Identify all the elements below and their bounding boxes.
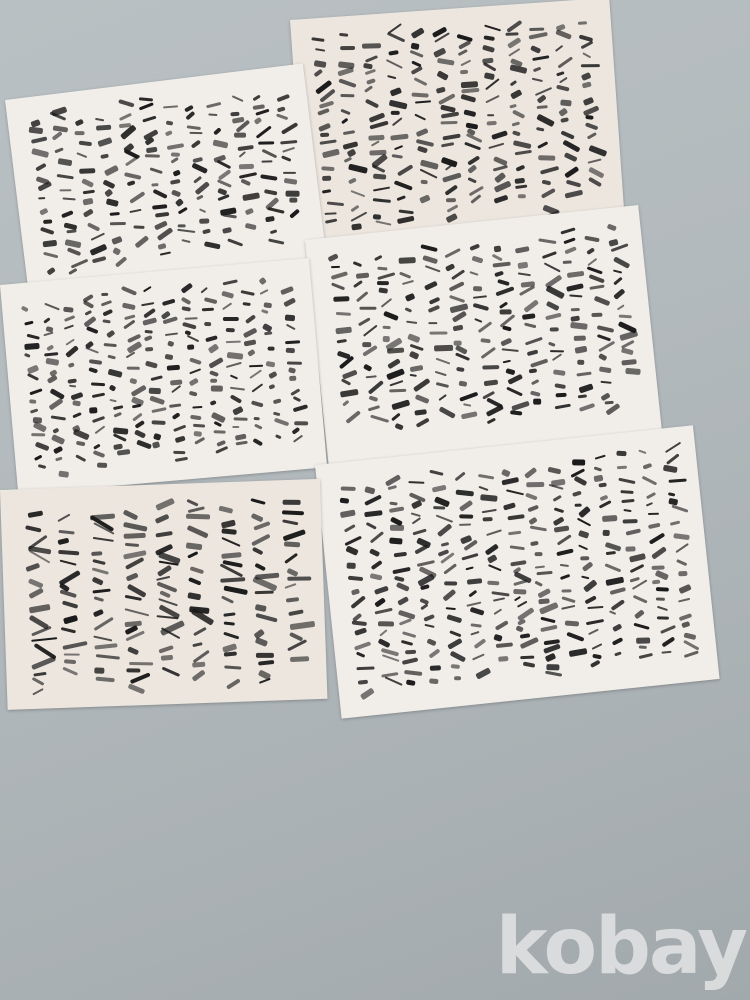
ink-stroke	[49, 388, 64, 400]
ink-stroke	[447, 614, 463, 623]
ink-stroke	[83, 300, 94, 309]
ink-stroke	[579, 384, 594, 394]
ink-stroke	[150, 375, 162, 381]
ink-stroke	[365, 522, 377, 530]
ink-stroke	[493, 597, 505, 602]
ink-stroke	[32, 148, 50, 158]
ink-stroke	[43, 219, 53, 224]
ink-stroke	[639, 653, 653, 659]
ink-stroke	[656, 587, 669, 591]
ink-stroke	[614, 651, 622, 656]
ink-stroke	[389, 389, 406, 393]
ink-stroke	[583, 96, 594, 105]
ink-stroke	[475, 667, 491, 679]
ink-stroke	[365, 376, 376, 379]
ink-stroke	[443, 563, 457, 574]
ink-stroke	[482, 365, 499, 369]
ink-stroke	[124, 608, 149, 616]
ink-stroke	[386, 59, 403, 69]
ink-stroke	[576, 518, 591, 527]
ink-stroke	[110, 212, 121, 216]
ink-stroke	[287, 639, 307, 651]
ink-stroke	[554, 508, 564, 513]
ink-stroke	[261, 161, 272, 164]
ink-stroke	[683, 632, 696, 640]
ink-stroke	[583, 579, 598, 592]
ink-stroke	[139, 97, 153, 101]
ink-stroke	[492, 254, 503, 261]
ink-stroke	[527, 350, 538, 356]
ink-stroke	[563, 260, 572, 263]
ink-stroke	[126, 669, 140, 673]
ink-stroke	[547, 664, 560, 670]
ink-stroke	[313, 69, 322, 77]
ink-stroke	[142, 318, 157, 327]
ink-stroke	[388, 100, 407, 110]
ink-stroke	[208, 358, 223, 370]
ink-stroke	[529, 368, 537, 373]
ink-stroke	[290, 656, 309, 662]
ink-stroke	[93, 609, 104, 617]
ink-stroke	[679, 613, 693, 621]
ink-stroke	[515, 185, 527, 190]
ink-stroke	[67, 247, 82, 256]
ink-stroke	[613, 288, 626, 300]
ink-stroke	[197, 195, 204, 201]
ink-stroke	[373, 214, 382, 220]
ink-stroke	[404, 307, 412, 313]
ink-stroke	[321, 166, 334, 170]
ink-stroke	[86, 326, 99, 334]
ink-stroke	[586, 247, 595, 255]
ink-stroke	[241, 179, 251, 186]
ink-stroke	[507, 515, 525, 522]
ink-stroke	[501, 477, 519, 485]
ink-stroke	[509, 48, 521, 56]
ink-stroke	[224, 621, 236, 625]
ink-stroke	[47, 375, 58, 385]
ink-stroke	[590, 659, 601, 668]
ink-stroke	[486, 418, 495, 425]
ink-stroke	[646, 492, 657, 500]
ink-stroke	[414, 394, 429, 404]
ink-stroke	[192, 662, 205, 668]
ink-stroke	[224, 651, 237, 656]
ink-stroke	[438, 93, 456, 105]
ink-stroke	[578, 394, 587, 398]
ink-stroke	[507, 374, 523, 385]
ink-stroke	[452, 324, 463, 331]
ink-stroke	[398, 610, 416, 620]
ink-stroke	[467, 601, 482, 607]
ink-stroke	[417, 145, 429, 153]
ink-stroke	[238, 151, 245, 158]
ink-stroke	[104, 165, 119, 177]
ink-stroke	[34, 455, 42, 461]
ink-stroke	[93, 589, 111, 594]
ink-stroke	[243, 192, 260, 200]
ink-stroke	[488, 564, 502, 572]
ink-stroke	[30, 409, 39, 415]
ink-stroke	[130, 673, 151, 685]
ink-stroke	[213, 127, 222, 135]
ink-stroke	[464, 110, 476, 117]
ink-stroke	[165, 130, 173, 136]
ink-stroke	[318, 122, 331, 131]
ink-stroke	[57, 537, 69, 544]
ink-stroke	[480, 495, 497, 502]
ink-stroke	[125, 543, 140, 547]
ink-stroke	[467, 164, 477, 174]
ink-stroke	[612, 256, 629, 269]
ink-stroke	[470, 194, 481, 204]
ink-stroke	[64, 653, 80, 656]
ink-stroke	[404, 670, 422, 676]
ink-stroke	[243, 327, 258, 338]
ink-stroke	[538, 238, 556, 243]
ink-stroke	[344, 536, 361, 546]
ink-stroke	[488, 581, 500, 586]
ink-stroke	[586, 618, 604, 624]
ink-stroke	[244, 340, 257, 347]
ink-stroke	[642, 475, 658, 485]
ink-stroke	[122, 303, 136, 310]
ink-stroke	[55, 457, 62, 462]
ink-stroke	[211, 385, 223, 391]
ink-stroke	[524, 322, 537, 328]
ink-stroke	[230, 386, 246, 390]
ink-stroke	[581, 561, 593, 572]
ink-stroke	[437, 524, 452, 538]
ink-stroke	[68, 379, 78, 384]
ink-stroke	[93, 444, 101, 450]
ink-stroke	[250, 498, 265, 505]
ink-stroke	[102, 309, 113, 317]
ink-stroke	[510, 89, 522, 99]
ink-stroke	[113, 433, 127, 442]
ink-stroke	[518, 195, 526, 199]
ink-stroke	[293, 434, 303, 442]
ink-stroke	[486, 405, 505, 418]
ink-stroke	[424, 614, 436, 622]
ink-stroke	[280, 286, 294, 296]
ink-stroke	[232, 95, 244, 102]
ink-stroke	[382, 326, 390, 330]
ink-stroke	[252, 547, 263, 555]
ink-stroke	[73, 429, 90, 441]
ink-stroke	[93, 450, 105, 458]
postcard-middle-left	[0, 258, 327, 494]
ink-stroke	[533, 399, 541, 405]
ink-stroke	[232, 406, 243, 415]
ink-stroke	[161, 654, 174, 660]
ink-stroke	[510, 64, 528, 74]
ink-stroke	[221, 519, 236, 528]
ink-stroke	[58, 514, 71, 523]
ink-stroke	[538, 155, 555, 160]
ink-stroke	[555, 44, 564, 51]
ink-stroke	[281, 155, 292, 162]
ink-stroke	[666, 453, 680, 465]
ink-stroke	[389, 501, 397, 505]
ink-stroke	[61, 210, 74, 218]
ink-stroke	[584, 236, 600, 243]
ink-stroke	[441, 121, 458, 125]
ink-stroke	[43, 240, 58, 247]
ink-stroke	[484, 72, 495, 80]
ink-stroke	[350, 205, 359, 213]
ink-stroke	[26, 525, 42, 532]
ink-stroke	[372, 165, 386, 174]
ink-stroke	[261, 149, 277, 158]
ink-stroke	[356, 272, 370, 278]
ink-stroke	[394, 180, 413, 190]
ink-stroke	[550, 328, 559, 332]
ink-stroke	[344, 156, 352, 162]
ink-stroke	[268, 370, 277, 378]
ink-stroke	[473, 303, 489, 311]
ink-stroke	[129, 192, 145, 205]
ink-stroke	[356, 291, 368, 302]
ink-stroke	[481, 347, 496, 359]
ink-stroke	[341, 486, 356, 491]
ink-stroke	[222, 537, 241, 547]
ink-stroke	[172, 169, 180, 176]
ink-stroke	[480, 338, 490, 344]
ink-stroke	[370, 140, 379, 147]
ink-stroke	[249, 369, 262, 379]
ink-stroke	[83, 208, 94, 218]
ink-stroke	[226, 328, 235, 332]
ink-stroke	[118, 99, 134, 108]
ink-stroke	[333, 297, 349, 303]
ink-stroke	[330, 272, 347, 281]
ink-stroke	[532, 55, 549, 61]
ink-stroke	[223, 213, 237, 218]
ink-stroke	[341, 379, 351, 386]
ink-stroke	[338, 78, 356, 87]
ink-stroke	[317, 108, 329, 116]
ink-stroke	[276, 94, 289, 103]
ink-stroke	[506, 489, 524, 495]
ink-stroke	[164, 332, 177, 336]
ink-stroke	[566, 631, 584, 641]
ink-stroke	[435, 87, 445, 94]
ink-stroke	[353, 281, 362, 289]
ink-stroke	[450, 303, 469, 313]
ink-stroke	[625, 547, 635, 552]
ink-stroke	[165, 354, 174, 361]
ink-stroke	[484, 35, 495, 40]
ink-stroke	[519, 634, 529, 640]
ink-stroke	[586, 114, 594, 118]
ink-stroke	[406, 320, 417, 324]
ink-stroke	[102, 293, 109, 296]
ink-stroke	[96, 125, 111, 131]
ink-stroke	[373, 186, 390, 191]
ink-stroke	[289, 198, 297, 203]
ink-stroke	[638, 449, 646, 454]
kobay-watermark: kobay	[496, 902, 746, 992]
ink-stroke	[559, 77, 568, 84]
ink-stroke	[512, 130, 521, 136]
ink-stroke	[426, 638, 436, 646]
ink-stroke	[192, 406, 202, 409]
ink-stroke	[336, 312, 351, 316]
ink-stroke	[113, 405, 123, 410]
ink-stroke	[587, 266, 603, 274]
ink-stroke	[656, 617, 668, 621]
ink-stroke	[591, 644, 602, 651]
ink-stroke	[193, 176, 202, 184]
ink-stroke	[245, 314, 256, 323]
ink-stroke	[145, 347, 153, 351]
ink-stroke	[322, 190, 331, 194]
ink-stroke	[143, 286, 152, 293]
ink-stroke	[492, 591, 510, 597]
ink-stroke	[92, 577, 104, 586]
ink-stroke	[617, 466, 627, 470]
ink-stroke	[286, 597, 299, 603]
ink-stroke	[599, 500, 612, 509]
ink-stroke	[415, 418, 429, 429]
ink-stroke	[581, 64, 600, 67]
ink-stroke	[445, 264, 456, 273]
ink-stroke	[187, 499, 199, 507]
ink-stroke	[142, 115, 157, 122]
ink-stroke	[619, 315, 632, 319]
ink-stroke	[478, 321, 493, 333]
ink-stroke	[599, 367, 612, 374]
ink-stroke	[32, 434, 46, 438]
ink-stroke	[190, 566, 204, 574]
ink-stroke	[92, 416, 106, 424]
ink-stroke	[465, 566, 473, 570]
ink-stroke	[37, 464, 46, 469]
ink-stroke	[461, 59, 472, 66]
ink-stroke	[326, 202, 343, 207]
ink-stroke	[364, 486, 375, 494]
ink-stroke	[70, 392, 83, 401]
ink-stroke	[585, 122, 598, 130]
ink-stroke	[113, 411, 122, 417]
ink-stroke	[152, 204, 168, 210]
ink-stroke	[171, 412, 180, 419]
ink-stroke	[65, 345, 79, 358]
ink-stroke	[467, 578, 483, 584]
ink-stroke	[678, 584, 691, 594]
ink-stroke	[160, 252, 171, 256]
ink-stroke	[409, 351, 420, 360]
ink-stroke	[428, 305, 441, 313]
ink-stroke	[407, 333, 420, 343]
ink-stroke	[446, 199, 456, 203]
ink-stroke	[92, 256, 106, 264]
ink-stroke	[150, 167, 163, 174]
ink-stroke	[340, 46, 355, 51]
ink-stroke	[399, 271, 411, 278]
ink-stroke	[452, 311, 467, 323]
ink-stroke	[668, 479, 686, 483]
ink-stroke	[171, 152, 180, 156]
ink-stroke	[348, 178, 357, 185]
ink-stroke	[459, 500, 473, 512]
ink-stroke	[529, 32, 548, 40]
ink-stroke	[469, 244, 479, 251]
ink-stroke	[668, 492, 676, 497]
ink-stroke	[611, 600, 625, 612]
ink-stroke	[439, 407, 456, 419]
ink-stroke	[163, 105, 178, 108]
ink-stroke	[515, 150, 532, 156]
ink-stroke	[112, 236, 123, 245]
ink-stroke	[252, 383, 264, 392]
ink-stroke	[542, 180, 551, 185]
ink-stroke	[315, 48, 326, 52]
ink-stroke	[368, 395, 378, 401]
ink-stroke	[331, 283, 345, 291]
ink-stroke	[563, 238, 575, 245]
ink-stroke	[254, 116, 263, 124]
ink-stroke	[347, 562, 357, 568]
ink-stroke	[192, 642, 202, 647]
ink-stroke	[643, 463, 653, 470]
ink-stroke	[122, 510, 138, 521]
ink-stroke	[325, 219, 337, 224]
ink-stroke	[106, 198, 120, 207]
ink-stroke	[78, 141, 92, 146]
ink-stroke	[662, 636, 676, 647]
ink-stroke	[314, 60, 326, 68]
ink-stroke	[184, 317, 197, 320]
ink-stroke	[343, 130, 355, 135]
ink-stroke	[530, 540, 539, 545]
ink-stroke	[411, 65, 424, 75]
ink-stroke	[129, 662, 153, 665]
ink-stroke	[320, 140, 337, 145]
ink-stroke	[158, 243, 167, 250]
ink-stroke	[530, 391, 541, 397]
ink-stroke	[469, 590, 478, 598]
ink-stroke	[177, 229, 195, 233]
ink-stroke	[391, 399, 410, 410]
ink-stroke	[224, 612, 237, 617]
ink-stroke	[116, 449, 129, 455]
ink-stroke	[101, 300, 112, 307]
ink-stroke	[95, 118, 104, 122]
ink-stroke	[510, 103, 518, 108]
ink-stroke	[578, 506, 591, 518]
ink-stroke	[254, 591, 273, 594]
ink-stroke	[92, 393, 105, 399]
ink-stroke	[525, 336, 543, 344]
ink-stroke	[630, 564, 645, 574]
ink-stroke	[434, 345, 453, 351]
ink-stroke	[449, 295, 465, 303]
ink-stroke	[218, 505, 233, 513]
ink-stroke	[424, 280, 438, 291]
ink-stroke	[513, 579, 528, 586]
ink-stroke	[94, 596, 105, 602]
ink-stroke	[113, 443, 123, 449]
ink-stroke	[32, 688, 43, 695]
ink-stroke	[29, 400, 37, 404]
ink-stroke	[216, 160, 230, 169]
ink-stroke	[534, 552, 542, 556]
ink-stroke	[433, 506, 445, 510]
ink-stroke	[530, 45, 541, 54]
ink-stroke	[362, 43, 381, 48]
